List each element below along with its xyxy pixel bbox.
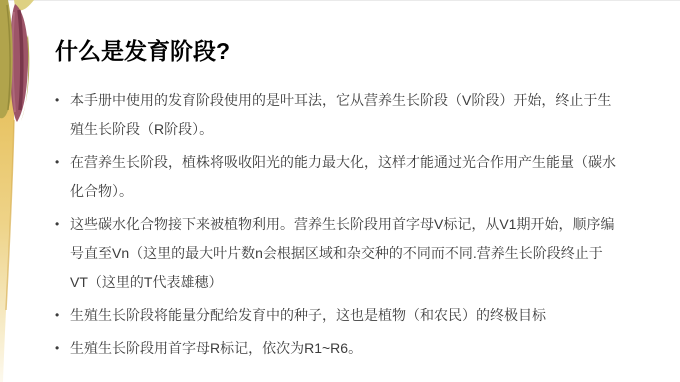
- bullet-marker: •: [55, 334, 70, 363]
- bullet-item-3: • 这些碳水化合物接下来被植物利用。营养生长阶段用首字母V标记，从V1期开始，顺…: [55, 210, 666, 297]
- bullet-marker: •: [55, 86, 70, 115]
- bullet-text: 本手册中使用的发育阶段使用的是叶耳法，它从营养生长阶段（V阶段）开始，终止于生 …: [70, 86, 666, 144]
- bullet-item-1: • 本手册中使用的发育阶段使用的是叶耳法，它从营养生长阶段（V阶段）开始，终止于…: [55, 86, 666, 144]
- bullet-marker: •: [55, 148, 70, 177]
- bullet-text: 这些碳水化合物接下来被植物利用。营养生长阶段用首字母V标记，从V1期开始，顺序编…: [70, 210, 666, 297]
- bullet-text: 生殖生长阶段将能量分配给发育中的种子，这也是植物（和农民）的终极目标: [70, 301, 666, 330]
- presentation-slide: 什么是发育阶段? • 本手册中使用的发育阶段使用的是叶耳法，它从营养生长阶段（V…: [0, 0, 680, 382]
- slide-content: 什么是发育阶段? • 本手册中使用的发育阶段使用的是叶耳法，它从营养生长阶段（V…: [55, 36, 666, 367]
- bullet-item-2: • 在营养生长阶段，植株将吸收阳光的能力最大化，这样才能通过光合作用产生能量（碳…: [55, 148, 666, 206]
- corn-stalk-image: [0, 0, 40, 382]
- bullet-marker: •: [55, 301, 70, 330]
- bullet-item-5: • 生殖生长阶段用首字母R标记，依次为R1~R6。: [55, 334, 666, 363]
- bullet-marker: •: [55, 210, 70, 239]
- slide-title: 什么是发育阶段?: [55, 36, 666, 66]
- bullet-item-4: • 生殖生长阶段将能量分配给发育中的种子，这也是植物（和农民）的终极目标: [55, 301, 666, 330]
- bullet-text: 生殖生长阶段用首字母R标记，依次为R1~R6。: [70, 334, 666, 363]
- bullet-text: 在营养生长阶段，植株将吸收阳光的能力最大化，这样才能通过光合作用产生能量（碳水 …: [70, 148, 666, 206]
- bullet-list: • 本手册中使用的发育阶段使用的是叶耳法，它从营养生长阶段（V阶段）开始，终止于…: [55, 86, 666, 363]
- slide-top-edge: [0, 0, 680, 1]
